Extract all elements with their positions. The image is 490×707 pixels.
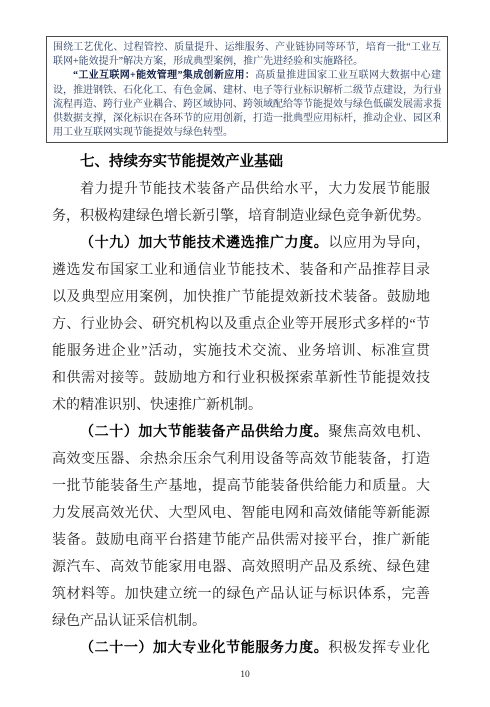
body-text-block: 着力提升节能技术装备产品供给水平，大力发展节能服 务，积极构建绿色增长新引擎，培… (52, 176, 430, 662)
body-text-line: 方、行业协会、研究机构以及重点企业等开展形式多样的“节 (52, 311, 430, 338)
bold-run: （二十一）加大专业化节能服务力度。 (80, 641, 328, 656)
body-text-line: 装备。鼓励电商平台搭建节能产品供需对接平台，推广新能 (52, 527, 430, 554)
text-run: 积极发挥专业化 (328, 641, 430, 656)
notice-box-line: 设，推进钢铁、石化化工、有色金属、建材、电子等行业标识解析二级节点建设，为行业 (53, 84, 441, 98)
body-text-line: 着力提升节能技术装备产品供给水平，大力发展节能服 (52, 176, 430, 203)
text-run: 高效变压器、余热余压余气利用设备等高效节能装备，打造 (52, 452, 430, 467)
body-text-line: 以及典型应用案例，加快推广节能提效新技术装备。鼓励地 (52, 284, 430, 311)
bold-run: （二十）加大节能装备产品供给力度。 (80, 425, 328, 440)
page-number: 10 (0, 670, 490, 680)
text-run: 流程再造、跨行业产业耦合、跨区域协同、跨领域配给等节能提效与绿色低碳发展需求提 (53, 99, 441, 110)
text-run: 以及典型应用案例，加快推广节能提效新技术装备。鼓励地 (52, 290, 430, 305)
body-text-line: 和供需对接等。鼓励地方和行业积极探索革新性节能提效技 (52, 365, 430, 392)
text-run: 筑材料等。加快建立统一的绿色产品认证与标识体系，完善 (52, 587, 430, 602)
text-run: 方、行业协会、研究机构以及重点企业等开展形式多样的“节 (52, 317, 430, 332)
body-text-line: 源汽车、高效节能家用电器、高效照明产品及系统、绿色建 (52, 554, 430, 581)
text-run: 装备。鼓励电商平台搭建节能产品供需对接平台，推广新能 (52, 533, 430, 548)
text-run: 源汽车、高效节能家用电器、高效照明产品及系统、绿色建 (52, 560, 430, 575)
text-run: 联网+能效提升”解决方案，形成典型案例，推广先进经验和实施路径。 (53, 56, 363, 67)
body-text-line: 筑材料等。加快建立统一的绿色产品认证与标识体系，完善 (52, 581, 430, 608)
notice-box-line: 用工业互联网实现节能提效与绿色转型。 (53, 126, 441, 140)
bold-run: （十九）加大节能技术遴选推广力度。 (80, 236, 328, 251)
text-run: 遴选发布国家工业和通信业节能技术、装备和产品推荐目录 (52, 263, 430, 278)
body-text-line: 高效变压器、余热余压余气利用设备等高效节能装备，打造 (52, 446, 430, 473)
notice-box-line: 联网+能效提升”解决方案，形成典型案例，推广先进经验和实施路径。 (53, 55, 441, 69)
notice-box-line: 供数据支撑，深化标识在各环节的应用创新，打造一批典型应用标杆，推动企业、园区利 (53, 112, 441, 126)
text-run: 聚焦高效电机、 (328, 425, 430, 440)
bold-run: “工业互联网+能效管理”集成创新应用： (73, 70, 255, 81)
text-run: 高质量推进国家工业互联网大数据中心建 (255, 70, 441, 81)
notice-box-line: 围绕工艺优化、过程管控、质量提升、运维服务、产业链协同等环节，培育一批“工业互 (53, 41, 441, 55)
body-text-line: 务，积极构建绿色增长新引擎，培育制造业绿色竞争新优势。 (52, 203, 430, 230)
text-run: 围绕工艺优化、过程管控、质量提升、运维服务、产业链协同等环节，培育一批“工业互 (53, 42, 441, 53)
text-run: 术的精准识别、快速推广新机制。 (52, 398, 262, 413)
text-run: 能服务进企业”活动，实施技术交流、业务培训、标准宣贯 (52, 344, 430, 359)
text-run: 着力提升节能技术装备产品供给水平，大力发展节能服 (80, 182, 430, 197)
notice-box-line: “工业互联网+能效管理”集成创新应用：高质量推进国家工业互联网大数据中心建 (53, 69, 441, 83)
text-run: 和供需对接等。鼓励地方和行业积极探索革新性节能提效技 (52, 371, 430, 386)
body-text-line: （二十一）加大专业化节能服务力度。积极发挥专业化 (52, 635, 430, 662)
text-run: 务，积极构建绿色增长新引擎，培育制造业绿色竞争新优势。 (52, 209, 430, 224)
notice-box: 围绕工艺优化、过程管控、质量提升、运维服务、产业链协同等环节，培育一批“工业互 … (46, 36, 448, 143)
document-page: 围绕工艺优化、过程管控、质量提升、运维服务、产业链协同等环节，培育一批“工业互 … (0, 0, 490, 707)
body-text-line: （十九）加大节能技术遴选推广力度。以应用为导向， (52, 230, 430, 257)
body-text-line: （二十）加大节能装备产品供给力度。聚焦高效电机、 (52, 419, 430, 446)
text-run: 供数据支撑，深化标识在各环节的应用创新，打造一批典型应用标杆，推动企业、园区利 (53, 113, 441, 124)
text-run: 用工业互联网实现节能提效与绿色转型。 (53, 127, 233, 138)
body-text-line: 力发展高效光伏、大型风电、智能电网和高效储能等新能源 (52, 500, 430, 527)
text-run: 力发展高效光伏、大型风电、智能电网和高效储能等新能源 (52, 506, 430, 521)
body-text-line: 一批节能装备生产基地，提高节能装备供给能力和质量。大 (52, 473, 430, 500)
section-heading: 七、持续夯实节能提效产业基础 (52, 149, 430, 176)
text-run: 设，推进钢铁、石化化工、有色金属、建材、电子等行业标识解析二级节点建设，为行业 (53, 85, 441, 96)
body-text-line: 术的精准识别、快速推广新机制。 (52, 392, 430, 419)
body-text-line: 能服务进企业”活动，实施技术交流、业务培训、标准宣贯 (52, 338, 430, 365)
text-run: 以应用为导向， (328, 236, 430, 251)
text-run: 一批节能装备生产基地，提高节能装备供给能力和质量。大 (52, 479, 430, 494)
body-text-line: 绿色产品认证采信机制。 (52, 608, 430, 635)
text-run: 绿色产品认证采信机制。 (52, 614, 206, 629)
notice-box-line: 流程再造、跨行业产业耦合、跨区域协同、跨领域配给等节能提效与绿色低碳发展需求提 (53, 98, 441, 112)
body-text-line: 遴选发布国家工业和通信业节能技术、装备和产品推荐目录 (52, 257, 430, 284)
